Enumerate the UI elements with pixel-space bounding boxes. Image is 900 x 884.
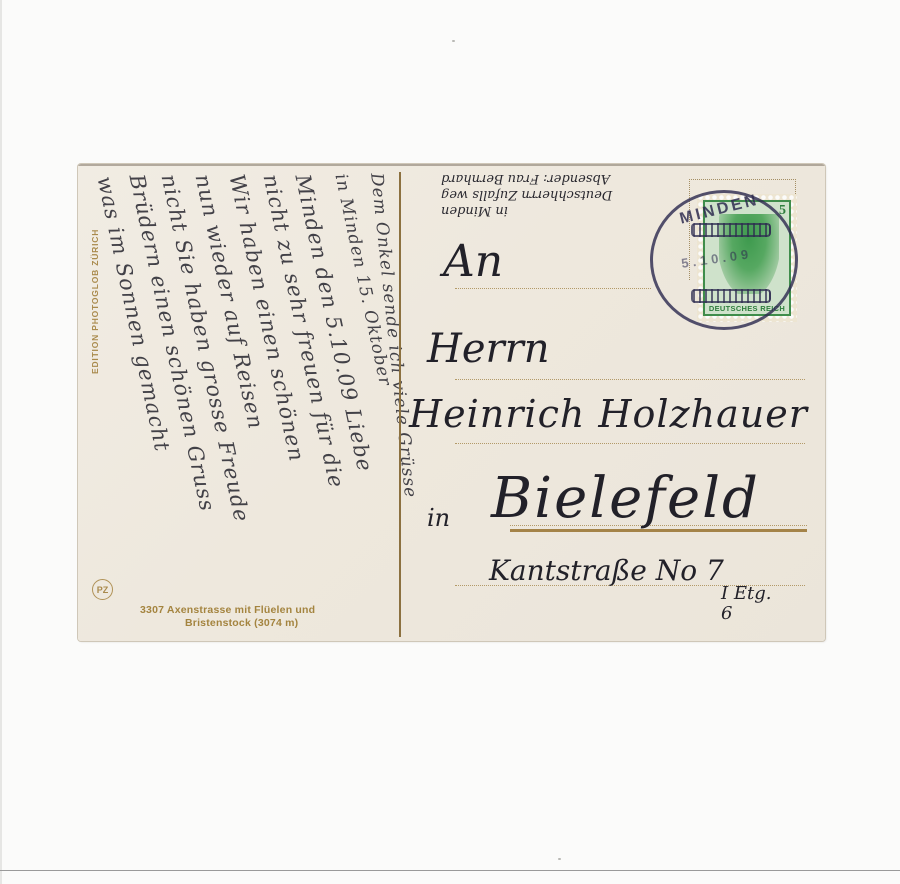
postcard: EDITION PHOTOGLOB ZÜRICH PZ was im Sonne… xyxy=(78,164,825,641)
recipient-title: Herrn xyxy=(427,326,550,372)
postcard-caption: 3307 Axenstrasse mit Flüelen und Bristen… xyxy=(140,604,315,630)
postmark-date: 5.10.09 xyxy=(680,246,753,271)
recipient-city: Bielefeld xyxy=(491,466,760,531)
publisher-imprint: EDITION PHOTOGLOB ZÜRICH xyxy=(90,229,100,374)
dust-speck xyxy=(452,40,455,42)
caption-number: 3307 xyxy=(140,604,164,616)
caption-line1: Axenstrasse mit Flüelen und xyxy=(167,604,315,616)
postmark-bar xyxy=(691,223,771,237)
caption-line2: Bristenstock (3074 m) xyxy=(140,617,315,630)
message-side: EDITION PHOTOGLOB ZÜRICH PZ was im Sonne… xyxy=(78,164,398,641)
recipient-name: Heinrich Holzhauer xyxy=(409,392,808,436)
address-rule xyxy=(455,379,805,380)
scan-edge xyxy=(0,0,2,884)
sender-note: in Minden Deutschherrn Zufalls weg Absen… xyxy=(441,170,612,218)
address-rule xyxy=(455,443,805,444)
floor-note: I Etg. 6 xyxy=(721,584,781,624)
scan-bottom-line xyxy=(0,870,900,871)
dust-speck xyxy=(558,858,561,860)
city-prefix: in xyxy=(427,504,450,532)
publisher-logo-icon: PZ xyxy=(92,579,113,600)
address-rule xyxy=(455,288,651,289)
postmark: MINDEN 5.10.09 xyxy=(650,190,798,330)
salutation: An xyxy=(443,236,503,287)
recipient-street: Kantstraße No 7 xyxy=(489,554,724,587)
postmark-bar xyxy=(691,289,771,303)
